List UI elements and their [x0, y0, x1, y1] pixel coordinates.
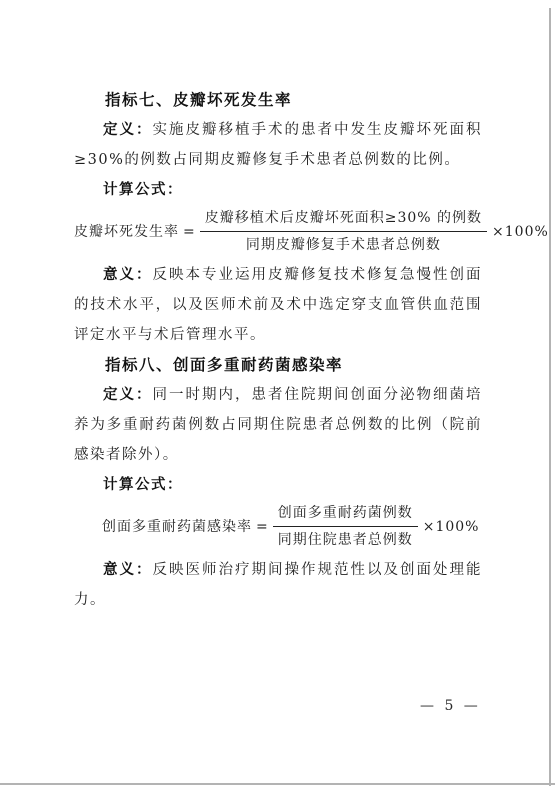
significance-label: 意义： — [103, 562, 153, 578]
indicator-8-significance: 意义：反映医师治疗期间操作规范性以及创面处理能力。 — [74, 555, 482, 615]
scan-edge-right — [549, 8, 551, 786]
indicator-7-heading: 指标七、皮瓣坏死发生率 — [74, 85, 482, 115]
fraction-numerator: 皮瓣移植术后皮瓣坏死面积≥30% 的例数 — [200, 208, 487, 232]
indicator-7-formula-label-line: 计算公式： — [74, 175, 482, 205]
indicator-8-definition: 定义：同一时期内，患者住院期间创面分泌物细菌培养为多重耐药菌例数占同期住院患者总… — [74, 380, 482, 470]
equals-sign: = — [183, 222, 196, 242]
indicator-8-formula: 创面多重耐药菌感染率 = 创面多重耐药菌例数 同期住院患者总例数 ×100% — [102, 503, 482, 550]
formula-lhs: 创面多重耐药菌感染率 — [102, 517, 252, 537]
scan-edge-bottom — [0, 783, 555, 785]
indicator-7-definition: 定义：实施皮瓣移植手术的患者中发生皮瓣坏死面积≥30%的例数占同期皮瓣修复手术患… — [74, 115, 482, 175]
page-number: — 5 — — [420, 698, 481, 714]
indicator-7-significance: 意义：反映本专业运用皮瓣修复技术修复急慢性创面的技术水平，以及医师术前及术中选定… — [74, 260, 482, 350]
fraction-numerator: 创面多重耐药菌例数 — [273, 503, 418, 527]
indicator-7-formula: 皮瓣坏死发生率 = 皮瓣移植术后皮瓣坏死面积≥30% 的例数 同期皮瓣修复手术患… — [74, 208, 482, 255]
significance-label: 意义： — [103, 267, 153, 283]
equals-sign: = — [256, 517, 269, 537]
fraction: 创面多重耐药菌例数 同期住院患者总例数 — [273, 503, 418, 550]
formula-lhs: 皮瓣坏死发生率 — [74, 222, 179, 242]
formula-label: 计算公式： — [103, 182, 183, 198]
indicator-8-formula-label-line: 计算公式： — [74, 470, 482, 500]
formula-multiplier: ×100% — [492, 222, 549, 242]
fraction: 皮瓣移植术后皮瓣坏死面积≥30% 的例数 同期皮瓣修复手术患者总例数 — [200, 208, 487, 255]
formula-label: 计算公式： — [103, 477, 183, 493]
indicator-8-heading: 指标八、创面多重耐药菌感染率 — [74, 350, 482, 380]
fraction-denominator: 同期皮瓣修复手术患者总例数 — [200, 232, 487, 255]
document-content: 指标七、皮瓣坏死发生率 定义：实施皮瓣移植手术的患者中发生皮瓣坏死面积≥30%的… — [74, 85, 482, 615]
document-page: 指标七、皮瓣坏死发生率 定义：实施皮瓣移植手术的患者中发生皮瓣坏死面积≥30%的… — [0, 0, 555, 786]
formula-multiplier: ×100% — [423, 517, 480, 537]
fraction-denominator: 同期住院患者总例数 — [273, 527, 418, 550]
definition-label: 定义： — [103, 122, 153, 138]
definition-label: 定义： — [103, 387, 153, 403]
